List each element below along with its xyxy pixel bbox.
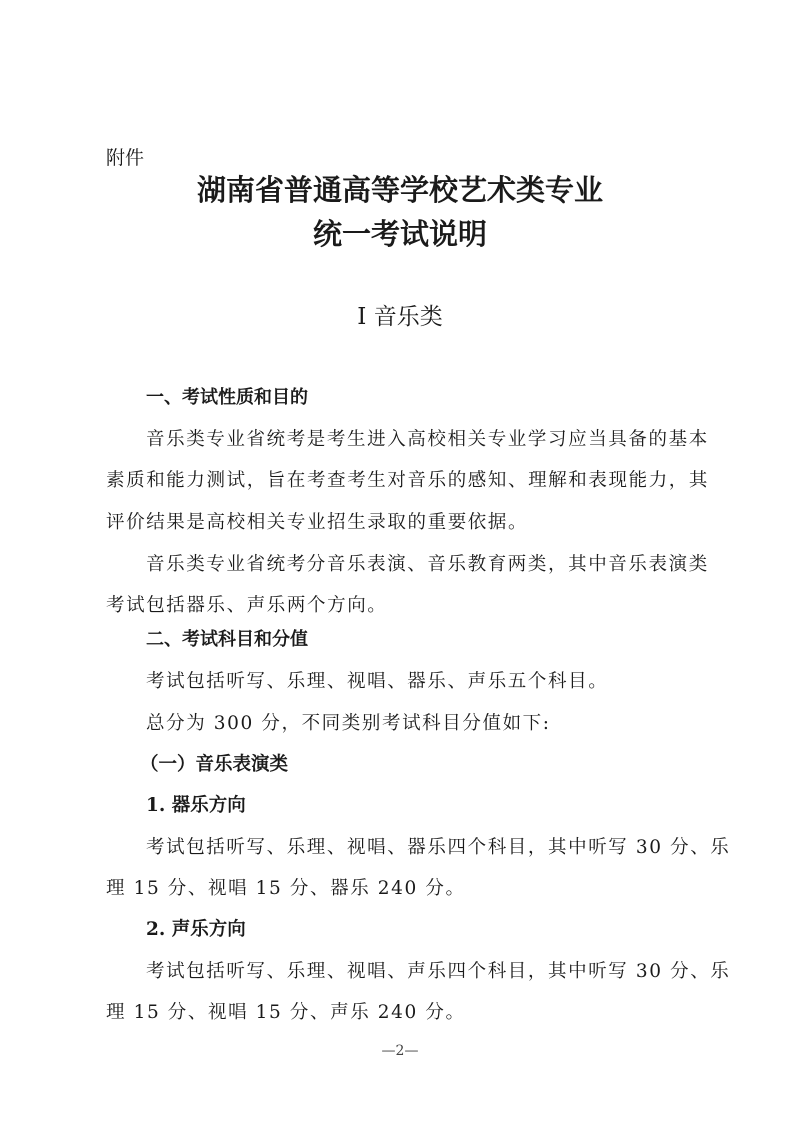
page-number: —2—: [0, 1043, 800, 1059]
subheading-performance: （一）音乐表演类: [140, 750, 288, 776]
paragraph-line: 考试包括听写、乐理、视唱、器乐、声乐五个科目。: [146, 667, 608, 693]
paragraph-line: 理 15 分、视唱 15 分、器乐 240 分。: [106, 874, 466, 900]
attachment-label: 附件: [106, 143, 144, 170]
item-instrumental-title: 1. 器乐方向: [146, 791, 246, 817]
document-title-line2: 统一考试说明: [0, 212, 800, 253]
paragraph-line: 音乐类专业省统考分音乐表演、音乐教育两类，其中音乐表演类: [146, 550, 709, 576]
heading-exam-nature: 一、考试性质和目的: [146, 383, 308, 409]
section-title: Ⅰ 音乐类: [0, 298, 800, 331]
paragraph-line: 总分为 300 分，不同类别考试科目分值如下:: [146, 709, 551, 735]
paragraph-line: 音乐类专业省统考是考生进入高校相关专业学习应当具备的基本: [146, 425, 709, 451]
paragraph-line: 考试包括器乐、声乐两个方向。: [106, 591, 387, 617]
heading-exam-subjects: 二、考试科目和分值: [146, 625, 308, 651]
paragraph-line: 考试包括听写、乐理、视唱、声乐四个科目，其中听写 30 分、乐: [146, 957, 730, 983]
paragraph-line: 理 15 分、视唱 15 分、声乐 240 分。: [106, 998, 466, 1024]
item-vocal-title: 2. 声乐方向: [146, 915, 246, 941]
paragraph-line: 考试包括听写、乐理、视唱、器乐四个科目，其中听写 30 分、乐: [146, 833, 730, 859]
document-title-line1: 湖南省普通高等学校艺术类专业: [0, 168, 800, 209]
paragraph-line: 素质和能力测试，旨在考查考生对音乐的感知、理解和表现能力，其: [106, 466, 709, 492]
paragraph-line: 评价结果是高校相关专业招生录取的重要依据。: [106, 508, 528, 534]
